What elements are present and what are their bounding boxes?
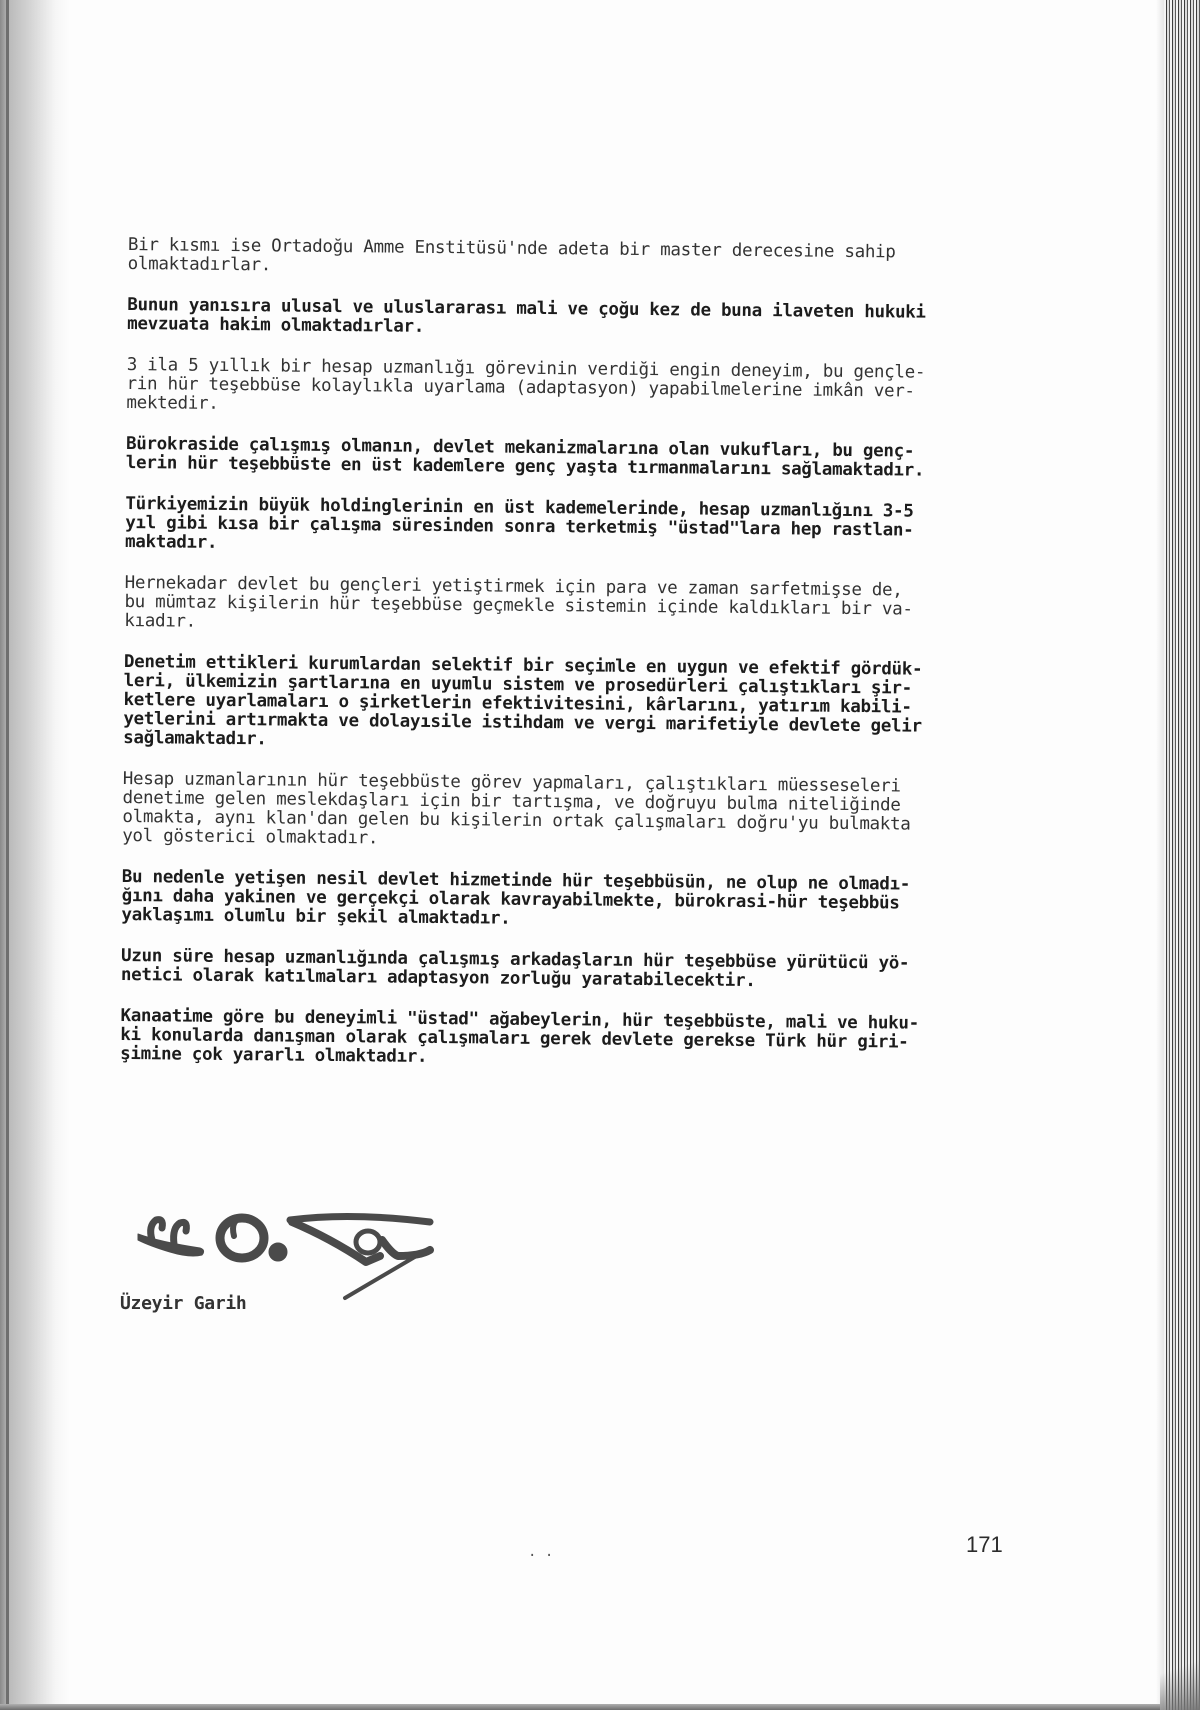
paragraph: Bir kısmı ise Ortadoğu Amme Enstitüsü'nd… [128,236,988,282]
paragraph: Türkiyemizin büyük holdinglerinin en üst… [125,495,986,560]
handwritten-signature-icon [130,1198,450,1308]
paragraph: Uzun süre hesap uzmanlığında çalışmış ar… [121,947,981,993]
footer-marks: · · [528,1548,553,1564]
document-body: Bir kısmı ise Ortadoğu Amme Enstitüsü'nd… [120,236,988,1094]
paragraph: Denetim ettikleri kurumlardan selektif b… [123,653,984,756]
scan-bottom-edge [0,1704,1160,1710]
paragraph: Kanaatime göre bu deneyimli "üstad" ağab… [120,1007,981,1072]
page-stack-fade [1156,0,1164,1710]
paragraph: Bu nedenle yetişen nesil devlet hizmetin… [121,868,982,933]
paragraph: Bunun yanısıra ulusal ve uluslararası ma… [127,296,987,342]
book-page-edges [1164,0,1200,1710]
paragraph: Hernekadar devlet bu gençleri yetiştirme… [124,574,985,639]
paragraph: Bürokraside çalışmış olmanın, devlet mek… [126,435,986,481]
paragraph: 3 ila 5 yıllık bir hesap uzmanlığı görev… [126,356,987,421]
signer-name: Üzeyir Garih [120,1293,246,1314]
page-number: 171 [966,1532,1003,1558]
scan-left-shadow [0,0,70,1710]
paragraph: Hesap uzmanlarının hür teşebbüste görev … [122,770,983,854]
scan-left-edge [6,0,9,1710]
scan-bottom-corner [1160,1640,1200,1710]
